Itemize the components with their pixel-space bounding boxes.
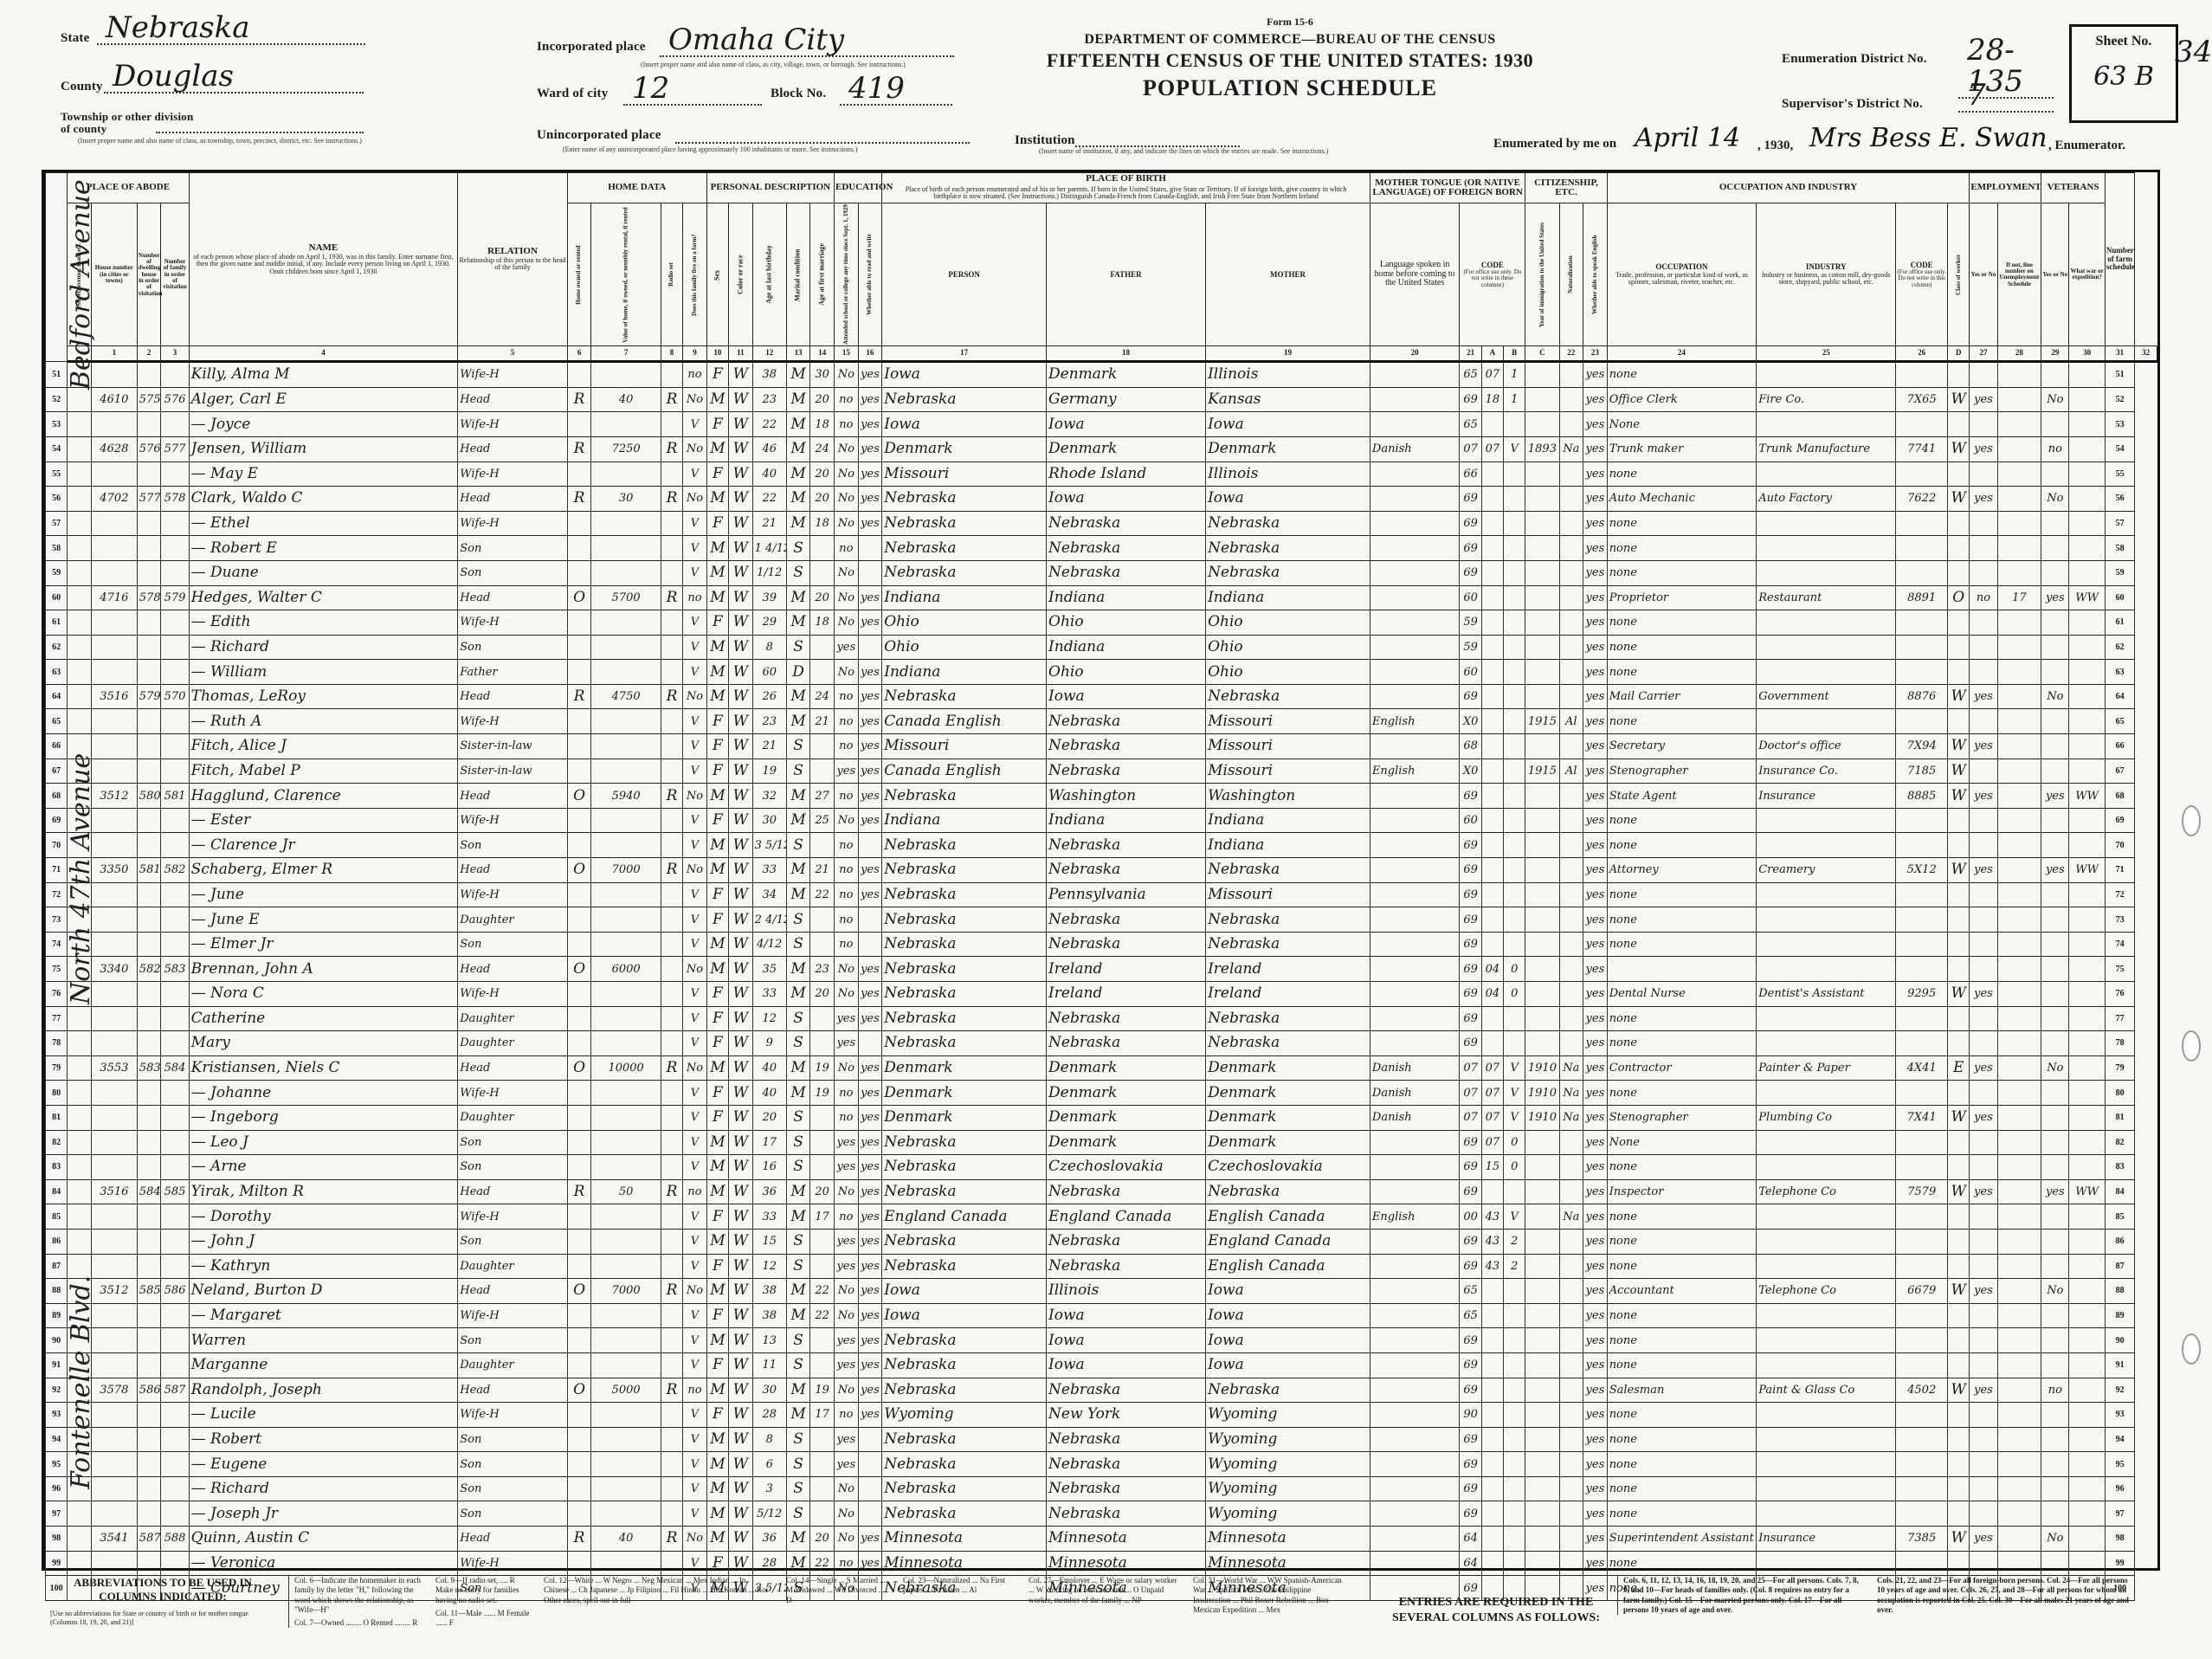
code-a: 69 [1460, 387, 1481, 412]
person-name: Alger, Carl E [189, 387, 458, 412]
immigration-year [1525, 511, 1559, 536]
sex: M [706, 1229, 728, 1254]
family-number [161, 1303, 189, 1328]
house-number: 3512 [91, 1279, 137, 1304]
relation: Wife-H [458, 982, 568, 1007]
header-radio: Radio set [661, 203, 682, 346]
dwelling-number: 577 [137, 487, 161, 512]
home-owned [567, 660, 591, 685]
immigration-year [1525, 1352, 1559, 1378]
dwelling-number [137, 610, 161, 636]
birthplace-person: Nebraska [882, 982, 1047, 1007]
unemployment-line [1997, 1279, 2041, 1304]
industry [1757, 1130, 1896, 1155]
right-line-number: 92 [2105, 1378, 2135, 1403]
class-of-worker [1948, 610, 1970, 636]
header-mother-tongue: MOTHER TONGUE (OR NATIVE LANGUAGE) OF FO… [1370, 173, 1525, 203]
race: W [729, 462, 753, 487]
race: W [729, 412, 753, 437]
person-name: Catherine [189, 1006, 458, 1031]
column-number: 8 [661, 346, 682, 362]
immigration-year [1525, 362, 1559, 388]
code-a: 69 [1460, 1427, 1481, 1452]
unemployment-line [1997, 487, 2041, 512]
naturalization [1559, 462, 1583, 487]
code-a: 69 [1460, 536, 1481, 561]
line-number: 52 [46, 387, 68, 412]
relation: Son [458, 1328, 568, 1353]
race: W [729, 1452, 753, 1477]
line-number: 87 [46, 1254, 68, 1279]
table-row: 72— JuneWife-HVFW34M22noyesNebraskaPenns… [46, 882, 2157, 907]
column-number: 25 [1757, 346, 1896, 362]
mother-tongue [1370, 1527, 1460, 1552]
family-number [161, 635, 189, 660]
code-b [1481, 1476, 1503, 1501]
occupation-code [1896, 1155, 1948, 1180]
occupation-code [1896, 808, 1948, 833]
home-owned [567, 907, 591, 933]
mother-tongue [1370, 1403, 1460, 1428]
birthplace-person: Wyoming [882, 1403, 1047, 1428]
home-value [591, 1403, 661, 1428]
immigration-year [1525, 585, 1559, 610]
line-number: 97 [46, 1501, 68, 1527]
occupation-code [1896, 907, 1948, 933]
speaks-english: yes [1583, 1229, 1608, 1254]
occupation: none [1607, 1229, 1757, 1254]
column-number: 2 [137, 346, 161, 362]
industry: Dentist's Assistant [1757, 982, 1896, 1007]
township-value [156, 116, 364, 133]
occupation: State Agent [1607, 784, 1757, 809]
house-number [91, 1006, 137, 1031]
employed [1970, 511, 1997, 536]
line-number: 55 [46, 462, 68, 487]
age-marriage: 20 [810, 982, 835, 1007]
relation: Sister-in-law [458, 734, 568, 759]
col23-legend: Col. 23—Naturalized ... Na First papers … [903, 1576, 1016, 1596]
right-line-number: 72 [2105, 882, 2135, 907]
mother-tongue [1370, 1303, 1460, 1328]
table-row: 76— Nora CWife-HVFW33M20NoyesNebraskaIre… [46, 982, 2157, 1007]
house-number [91, 1130, 137, 1155]
read-write: yes [858, 387, 882, 412]
relation: Daughter [458, 1254, 568, 1279]
right-line-number: 65 [2105, 709, 2135, 734]
header-name: NAMEof each person whose place of abode … [189, 173, 458, 346]
marital: M [786, 957, 810, 982]
relation: Wife-H [458, 1204, 568, 1230]
occupation: none [1607, 1303, 1757, 1328]
code-b [1481, 882, 1503, 907]
birthplace-mother: Kansas [1206, 387, 1370, 412]
house-number [91, 1081, 137, 1106]
unemployment-line [1997, 1501, 2041, 1527]
birthplace-father: Nebraska [1047, 1452, 1206, 1477]
veteran: yes [2041, 1179, 2069, 1204]
home-owned [567, 734, 591, 759]
race: W [729, 784, 753, 809]
line-number: 54 [46, 436, 68, 462]
dwelling-number [137, 808, 161, 833]
war [2069, 610, 2105, 636]
family-number: 584 [161, 1055, 189, 1081]
house-number [91, 1155, 137, 1180]
age-marriage [810, 1352, 835, 1378]
header-occupation-industry: OCCUPATION AND INDUSTRY [1607, 173, 1970, 203]
relation: Daughter [458, 907, 568, 933]
table-row: 62— RichardSonVMW8SyesOhioIndianaOhio59y… [46, 635, 2157, 660]
immigration-year [1525, 1527, 1559, 1552]
street-cell [68, 1105, 92, 1130]
employed [1970, 957, 1997, 982]
war [2069, 758, 2105, 784]
column-number-row: 123456789101112131415161718192021ABC2223… [46, 346, 2157, 362]
employed [1970, 1476, 1997, 1501]
school: yes [835, 1328, 859, 1353]
marital: M [786, 784, 810, 809]
read-write [858, 1476, 882, 1501]
veteran [2041, 1006, 2069, 1031]
read-write: yes [858, 1155, 882, 1180]
code-c [1504, 907, 1525, 933]
farm: V [683, 560, 707, 585]
sex: M [706, 833, 728, 858]
industry: Creamery [1757, 858, 1896, 883]
marital: D [786, 660, 810, 685]
house-number [91, 536, 137, 561]
birthplace-mother: English Canada [1206, 1204, 1370, 1230]
read-write: yes [858, 1130, 882, 1155]
war [2069, 684, 2105, 709]
line-number: 96 [46, 1476, 68, 1501]
age: 33 [752, 982, 786, 1007]
header-place-of-birth: PLACE OF BIRTHPlace of birth of each per… [882, 173, 1370, 203]
birthplace-father: Ireland [1047, 957, 1206, 982]
naturalization [1559, 1130, 1583, 1155]
code-b [1481, 907, 1503, 933]
industry [1757, 536, 1896, 561]
family-number [161, 462, 189, 487]
home-owned [567, 882, 591, 907]
veteran [2041, 1254, 2069, 1279]
occupation-code: 8876 [1896, 684, 1948, 709]
school: yes [835, 1006, 859, 1031]
age: 6 [752, 1452, 786, 1477]
dwelling-number [137, 362, 161, 388]
house-number: 3350 [91, 858, 137, 883]
house-number [91, 1229, 137, 1254]
industry [1757, 1403, 1896, 1428]
farm: No [683, 387, 707, 412]
farm: No [683, 1055, 707, 1081]
speaks-english: yes [1583, 784, 1608, 809]
code-c: 1 [1504, 362, 1525, 388]
occupation-code [1896, 1229, 1948, 1254]
war [2069, 362, 2105, 388]
farm: V [683, 758, 707, 784]
code-a: 69 [1460, 982, 1481, 1007]
mother-tongue [1370, 1352, 1460, 1378]
family-number [161, 882, 189, 907]
class-of-worker [1948, 462, 1970, 487]
race: W [729, 932, 753, 957]
home-owned [567, 833, 591, 858]
veteran [2041, 882, 2069, 907]
read-write: yes [858, 436, 882, 462]
war [2069, 1403, 2105, 1428]
code-c [1504, 882, 1525, 907]
race: W [729, 734, 753, 759]
right-line-number: 53 [2105, 412, 2135, 437]
home-value: 6000 [591, 957, 661, 982]
birthplace-father: Nebraska [1047, 1229, 1206, 1254]
read-write: yes [858, 734, 882, 759]
age: 40 [752, 462, 786, 487]
birthplace-mother: Nebraska [1206, 1006, 1370, 1031]
age: 22 [752, 412, 786, 437]
veteran [2041, 833, 2069, 858]
family-number [161, 560, 189, 585]
read-write [858, 560, 882, 585]
person-name: — Edith [189, 610, 458, 636]
unemployment-line [1997, 1527, 2041, 1552]
employed [1970, 536, 1997, 561]
right-line-number: 60 [2105, 585, 2135, 610]
home-value: 5700 [591, 585, 661, 610]
veteran: No [2041, 684, 2069, 709]
code-a: 60 [1460, 808, 1481, 833]
employed [1970, 1403, 1997, 1428]
header-naturalization: Naturalization [1559, 203, 1583, 346]
column-number: 31 [2105, 346, 2135, 362]
birthplace-person: Indiana [882, 808, 1047, 833]
read-write: yes [858, 1055, 882, 1081]
line-number: 75 [46, 957, 68, 982]
family-number [161, 412, 189, 437]
war [2069, 1031, 2105, 1056]
mother-tongue [1370, 362, 1460, 388]
employed [1970, 833, 1997, 858]
table-row: 96— RichardSonVMW3SNoNebraskaNebraskaWyo… [46, 1476, 2157, 1501]
sex: F [706, 1105, 728, 1130]
family-number [161, 709, 189, 734]
home-owned [567, 808, 591, 833]
township-note: (Insert proper name and also name of cla… [78, 137, 362, 145]
farm: No [683, 957, 707, 982]
age: 2 4/12 [752, 907, 786, 933]
naturalization [1559, 1279, 1583, 1304]
school: No [835, 1303, 859, 1328]
relation: Head [458, 1179, 568, 1204]
veteran: yes [2041, 858, 2069, 883]
right-line-number: 75 [2105, 957, 2135, 982]
radio [661, 1229, 682, 1254]
class-of-worker [1948, 882, 1970, 907]
speaks-english: yes [1583, 858, 1608, 883]
unemployment-line [1997, 1303, 2041, 1328]
home-value [591, 882, 661, 907]
dwelling-number [137, 1130, 161, 1155]
home-value [591, 907, 661, 933]
house-number [91, 1427, 137, 1452]
code-b [1481, 635, 1503, 660]
age-marriage: 22 [810, 882, 835, 907]
immigration-year [1525, 1204, 1559, 1230]
class-of-worker [1948, 1303, 1970, 1328]
age-marriage [810, 560, 835, 585]
house-number [91, 734, 137, 759]
industry [1757, 1303, 1896, 1328]
industry [1757, 808, 1896, 833]
house-number: 3516 [91, 684, 137, 709]
sex: M [706, 1527, 728, 1552]
dwelling-number: 579 [137, 684, 161, 709]
race: W [729, 387, 753, 412]
marital: M [786, 462, 810, 487]
occupation-code [1896, 536, 1948, 561]
table-row: 93— LucileWife-HVFW28M17noyesWyomingNew … [46, 1403, 2157, 1428]
code-a: 69 [1460, 1452, 1481, 1477]
industry: Telephone Co [1757, 1279, 1896, 1304]
radio: R [661, 487, 682, 512]
home-owned [567, 1105, 591, 1130]
read-write: yes [858, 1352, 882, 1378]
speaks-english: yes [1583, 1452, 1608, 1477]
sex: M [706, 585, 728, 610]
home-owned: R [567, 1527, 591, 1552]
home-owned [567, 511, 591, 536]
class-of-worker [1948, 1155, 1970, 1180]
code-a: 65 [1460, 412, 1481, 437]
birthplace-person: Nebraska [882, 784, 1047, 809]
farm: V [683, 1006, 707, 1031]
class-of-worker [1948, 907, 1970, 933]
occupation-code [1896, 1501, 1948, 1527]
birthplace-father: Iowa [1047, 1303, 1206, 1328]
marital: M [786, 858, 810, 883]
veteran [2041, 536, 2069, 561]
birthplace-mother: Nebraska [1206, 858, 1370, 883]
war [2069, 1155, 2105, 1180]
age-marriage: 24 [810, 436, 835, 462]
war [2069, 387, 2105, 412]
race: W [729, 1155, 753, 1180]
dwelling-number: 582 [137, 957, 161, 982]
farm: V [683, 882, 707, 907]
age-marriage: 18 [810, 610, 835, 636]
house-number [91, 1031, 137, 1056]
person-name: — Leo J [189, 1130, 458, 1155]
street-cell [68, 511, 92, 536]
occupation-code: 9295 [1896, 982, 1948, 1007]
employed: yes [1970, 1105, 1997, 1130]
street-cell [68, 1130, 92, 1155]
person-name: — Kathryn [189, 1254, 458, 1279]
mother-tongue [1370, 734, 1460, 759]
home-value [591, 1352, 661, 1378]
age-marriage: 20 [810, 585, 835, 610]
code-a: 69 [1460, 1378, 1481, 1403]
home-value: 5940 [591, 784, 661, 809]
header-home-data: HOME DATA [567, 173, 706, 203]
birthplace-mother: England Canada [1206, 1229, 1370, 1254]
occupation-code: 5X12 [1896, 858, 1948, 883]
naturalization [1559, 1352, 1583, 1378]
right-line-number: 59 [2105, 560, 2135, 585]
birthplace-father: Denmark [1047, 1055, 1206, 1081]
relation: Son [458, 833, 568, 858]
table-row: 86— John JSonVMW15SyesyesNebraskaNebrask… [46, 1229, 2157, 1254]
column-number: 18 [1047, 346, 1206, 362]
column-number: 29 [2041, 346, 2069, 362]
age-marriage: 19 [810, 1055, 835, 1081]
person-name: Kristiansen, Niels C [189, 1055, 458, 1081]
school: No [835, 808, 859, 833]
employed [1970, 1328, 1997, 1353]
birthplace-father: Minnesota [1047, 1527, 1206, 1552]
line-number: 78 [46, 1031, 68, 1056]
unemployment-line [1997, 362, 2041, 388]
home-owned [567, 1006, 591, 1031]
code-a: 69 [1460, 1031, 1481, 1056]
read-write: yes [858, 1403, 882, 1428]
unemployment-line [1997, 858, 2041, 883]
family-number: 585 [161, 1179, 189, 1204]
marital: S [786, 560, 810, 585]
street-cell [68, 585, 92, 610]
marital: M [786, 1403, 810, 1428]
family-number [161, 362, 189, 388]
veteran [2041, 709, 2069, 734]
column-number: 22 [1559, 346, 1583, 362]
birthplace-person: Missouri [882, 734, 1047, 759]
header-dwelling: Number of dwelling house in order of vis… [137, 203, 161, 346]
war [2069, 1452, 2105, 1477]
relation: Son [458, 1155, 568, 1180]
code-c [1504, 487, 1525, 512]
radio [661, 536, 682, 561]
race: W [729, 858, 753, 883]
code-c [1504, 1328, 1525, 1353]
occupation: none [1607, 1352, 1757, 1378]
family-number: 570 [161, 684, 189, 709]
line-number: 95 [46, 1452, 68, 1477]
read-write [858, 1501, 882, 1527]
column-number: 7 [591, 346, 661, 362]
read-write: yes [858, 1204, 882, 1230]
age-marriage [810, 1006, 835, 1031]
war [2069, 882, 2105, 907]
code-c: 0 [1504, 1155, 1525, 1180]
code-a: 90 [1460, 1403, 1481, 1428]
naturalization [1559, 560, 1583, 585]
veteran [2041, 1476, 2069, 1501]
speaks-english: yes [1583, 1328, 1608, 1353]
house-number [91, 982, 137, 1007]
marital: S [786, 1006, 810, 1031]
column-number: B [1504, 346, 1525, 362]
veteran [2041, 1155, 2069, 1180]
occupation: none [1607, 511, 1757, 536]
family-number [161, 1427, 189, 1452]
read-write: yes [858, 412, 882, 437]
sex: M [706, 784, 728, 809]
class-of-worker: W [1948, 1527, 1970, 1552]
employed: yes [1970, 487, 1997, 512]
radio [661, 833, 682, 858]
